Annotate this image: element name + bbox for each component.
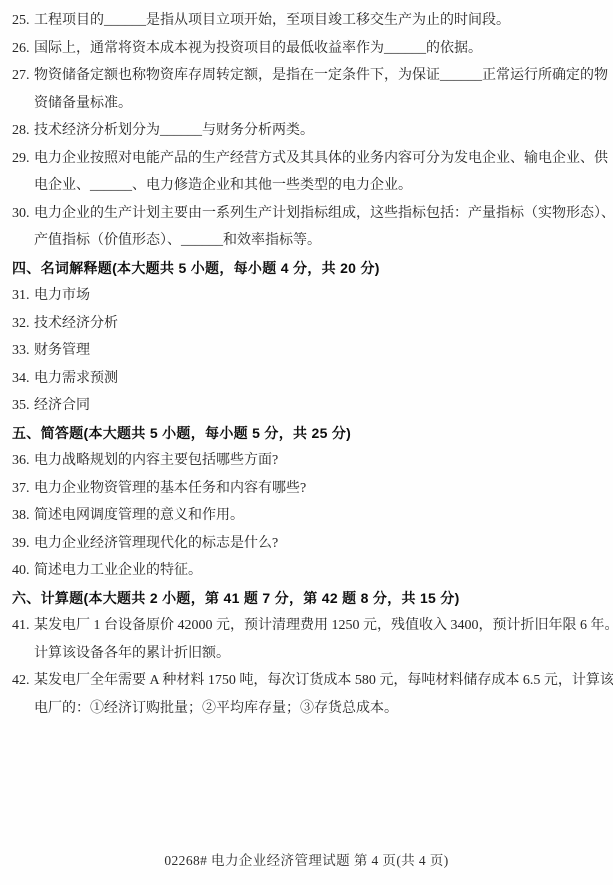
question-41: 41.某发电厂 1 台设备原价 42000 元，预计清理费用 1250 元，残值… [12,612,603,667]
question-text: 技术经济分析 [34,316,118,331]
question-text: 电力企业物资管理的基本任务和内容有哪些? [34,481,306,496]
question-number: 27. [12,62,34,90]
question-text: 电厂的：①经济订购批量；②平均库存量；③存货总成本。 [34,701,398,716]
question-number: 30. [12,200,34,228]
question-42: 42.某发电厂全年需要 A 种材料 1750 吨，每次订货成本 580 元，每吨… [12,667,603,722]
question-text: 资储备量标准。 [34,96,132,111]
exam-page: 25.工程项目的______是指从项目立项开始，至项目竣工移交生产为止的时间段。… [0,0,613,722]
question-text: 电力战略规划的内容主要包括哪些方面? [34,453,278,468]
question-text: 财务管理 [34,343,90,358]
question-text: 电力企业的生产计划主要由一系列生产计划指标组成，这些指标包括：产量指标（实物形态… [34,206,613,221]
question-number: 36. [12,447,34,475]
section-heading-definitions: 四、名词解释题(本大题共 5 小题，每小题 4 分，共 20 分) [12,255,603,283]
question-32: 32.技术经济分析 [12,310,603,338]
question-number: 37. [12,475,34,503]
question-37: 37.电力企业物资管理的基本任务和内容有哪些? [12,475,603,503]
question-text: 技术经济分析划分为______与财务分析两类。 [34,123,314,138]
section-heading-short-answer: 五、简答题(本大题共 5 小题，每小题 5 分，共 25 分) [12,420,603,448]
question-number: 38. [12,502,34,530]
question-text: 电力市场 [34,288,90,303]
question-text: 工程项目的______是指从项目立项开始，至项目竣工移交生产为止的时间段。 [34,13,510,28]
question-34: 34.电力需求预测 [12,365,603,393]
question-number: 33. [12,337,34,365]
question-number: 32. [12,310,34,338]
question-text: 产值指标（价值形态）、______和效率指标等。 [34,233,321,248]
question-33: 33.财务管理 [12,337,603,365]
question-number: 41. [12,612,34,640]
question-text: 某发电厂 1 台设备原价 42000 元，预计清理费用 1250 元，残值收入 … [34,618,613,633]
question-30: 30.电力企业的生产计划主要由一系列生产计划指标组成，这些指标包括：产量指标（实… [12,200,603,255]
question-40: 40.简述电力工业企业的特征。 [12,557,603,585]
question-text: 电力企业经济管理现代化的标志是什么? [34,536,278,551]
question-text: 简述电网调度管理的意义和作用。 [34,508,244,523]
question-number: 42. [12,667,34,695]
question-text: 电企业、______、电力修造企业和其他一些类型的电力企业。 [34,178,412,193]
section-heading-calculation: 六、计算题(本大题共 2 小题，第 41 题 7 分，第 42 题 8 分，共 … [12,585,603,613]
question-number: 25. [12,7,34,35]
question-number: 40. [12,557,34,585]
question-25: 25.工程项目的______是指从项目立项开始，至项目竣工移交生产为止的时间段。 [12,7,603,35]
question-number: 34. [12,365,34,393]
question-text: 计算该设备各年的累计折旧额。 [34,646,230,661]
question-text: 电力企业按照对电能产品的生产经营方式及其具体的业务内容可分为发电企业、输电企业、… [34,151,608,166]
question-26: 26.国际上，通常将资本成本视为投资项目的最低收益率作为______的依据。 [12,35,603,63]
question-text: 简述电力工业企业的特征。 [34,563,202,578]
question-text: 电力需求预测 [34,371,118,386]
question-number: 31. [12,282,34,310]
question-number: 28. [12,117,34,145]
question-number: 39. [12,530,34,558]
question-39: 39.电力企业经济管理现代化的标志是什么? [12,530,603,558]
question-31: 31.电力市场 [12,282,603,310]
question-29: 29.电力企业按照对电能产品的生产经营方式及其具体的业务内容可分为发电企业、输电… [12,145,603,200]
question-text: 经济合同 [34,398,90,413]
question-number: 35. [12,392,34,420]
question-text: 国际上，通常将资本成本视为投资项目的最低收益率作为______的依据。 [34,41,482,56]
question-35: 35.经济合同 [12,392,603,420]
question-number: 29. [12,145,34,173]
page-footer: 02268# 电力企业经济管理试题 第 4 页(共 4 页) [0,849,613,869]
question-text: 某发电厂全年需要 A 种材料 1750 吨，每次订货成本 580 元，每吨材料储… [34,673,613,688]
question-38: 38.简述电网调度管理的意义和作用。 [12,502,603,530]
question-28: 28.技术经济分析划分为______与财务分析两类。 [12,117,603,145]
question-text: 物资储备定额也称物资库存周转定额，是指在一定条件下，为保证______正常运行所… [34,68,608,83]
question-27: 27.物资储备定额也称物资库存周转定额，是指在一定条件下，为保证______正常… [12,62,603,117]
question-number: 26. [12,35,34,63]
question-36: 36.电力战略规划的内容主要包括哪些方面? [12,447,603,475]
